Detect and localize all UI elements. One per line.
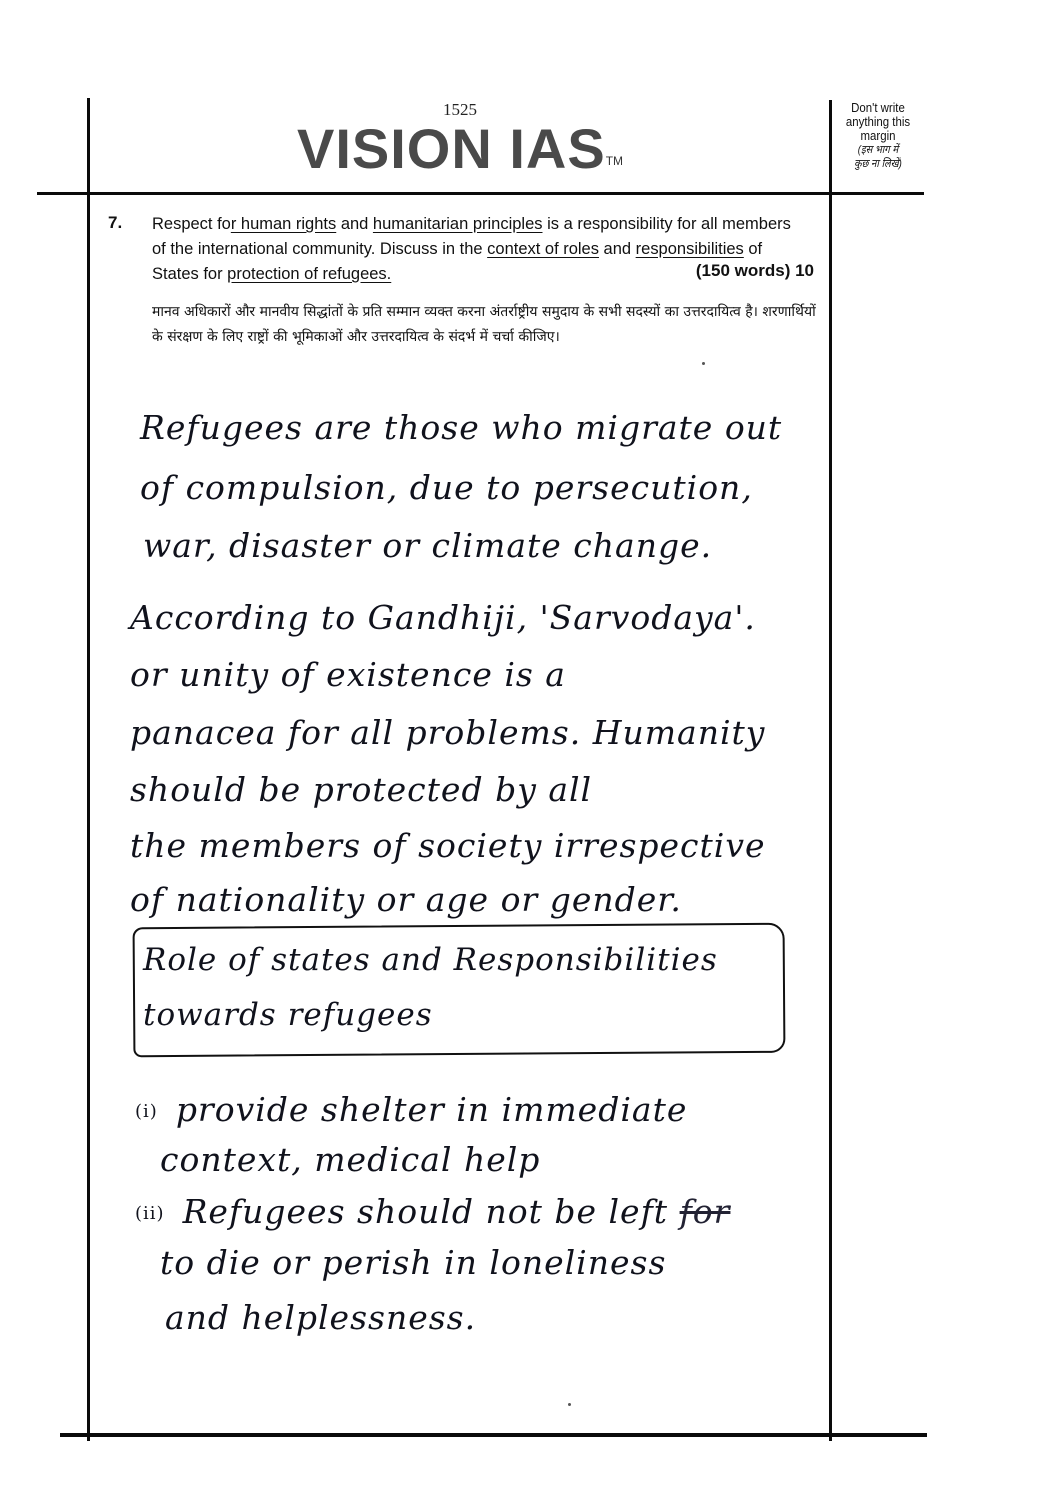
ink-speck <box>702 362 705 365</box>
answer-line: of compulsion, due to persecution, <box>140 468 753 508</box>
question-text-hindi: मानव अधिकारों और मानवीय सिद्धांतों के प्… <box>152 300 817 350</box>
question-underlined-phrase: protection of refugees. <box>227 264 391 283</box>
margin-note-line-hindi: (इस भाग में <box>838 143 919 157</box>
answer-point-continuation: to die or perish in loneliness <box>160 1243 666 1283</box>
section-heading-line: towards refugees <box>143 995 433 1035</box>
point-line: Refugees should not be left <box>183 1192 669 1231</box>
answer-point: (i)provide shelter in immediate <box>135 1090 687 1132</box>
question-underlined-phrase: responsibilities <box>636 239 744 258</box>
point-marker: (i) <box>135 1101 158 1122</box>
answer-line: or unity of existence is a <box>130 655 566 695</box>
struck-word: for <box>680 1192 731 1231</box>
answer-line: the members of society irrespective <box>130 826 766 866</box>
header-rule <box>37 192 924 195</box>
ink-speck <box>568 1403 571 1406</box>
question-underlined-phrase: r human rights <box>231 214 336 233</box>
brand-name: VISION IAS <box>297 117 606 180</box>
margin-note-line: Don't write <box>838 101 919 115</box>
margin-note: Don't write anything this margin (इस भाग… <box>838 101 919 171</box>
trademark-mark: TM <box>606 154 623 168</box>
right-margin-rule <box>829 100 832 1441</box>
left-margin-rule <box>87 98 90 1441</box>
question-underlined-phrase: context of roles <box>487 239 599 258</box>
section-heading-line: Role of states and Responsibilities <box>143 940 718 980</box>
answer-line: should be protected by all <box>130 770 592 810</box>
answer-line: of nationality or age or gender. <box>130 880 682 920</box>
question-underlined-phrase: humanitarian principles <box>373 214 543 233</box>
answer-line: panacea for all problems. Humanity <box>130 713 765 753</box>
answer-line: Refugees are those who migrate out <box>140 408 782 448</box>
answer-point-continuation: context, medical help <box>160 1140 540 1180</box>
margin-note-line-hindi: कुछ ना लिखें) <box>838 157 919 171</box>
answer-line: According to Gandhiji, 'Sarvodaya'. <box>130 598 756 638</box>
question-text-run: and <box>599 239 636 258</box>
question-marks: (150 words) 10 <box>696 261 814 281</box>
question-text-run: and <box>336 214 373 233</box>
point-marker: (ii) <box>135 1203 165 1224</box>
brand-logo: VISION IASTM <box>90 116 830 182</box>
question-number: 7. <box>108 213 122 233</box>
margin-note-line: margin <box>838 129 919 143</box>
question-text-run: Respect fo <box>152 214 231 233</box>
answer-line: war, disaster or climate change. <box>143 526 712 566</box>
margin-note-line: anything this <box>838 115 919 129</box>
footer-rule <box>60 1433 927 1437</box>
answer-point: (ii)Refugees should not be left for <box>135 1192 730 1234</box>
answer-point-continuation: and helplessness. <box>165 1298 476 1338</box>
point-line: provide shelter in immediate <box>176 1090 688 1129</box>
